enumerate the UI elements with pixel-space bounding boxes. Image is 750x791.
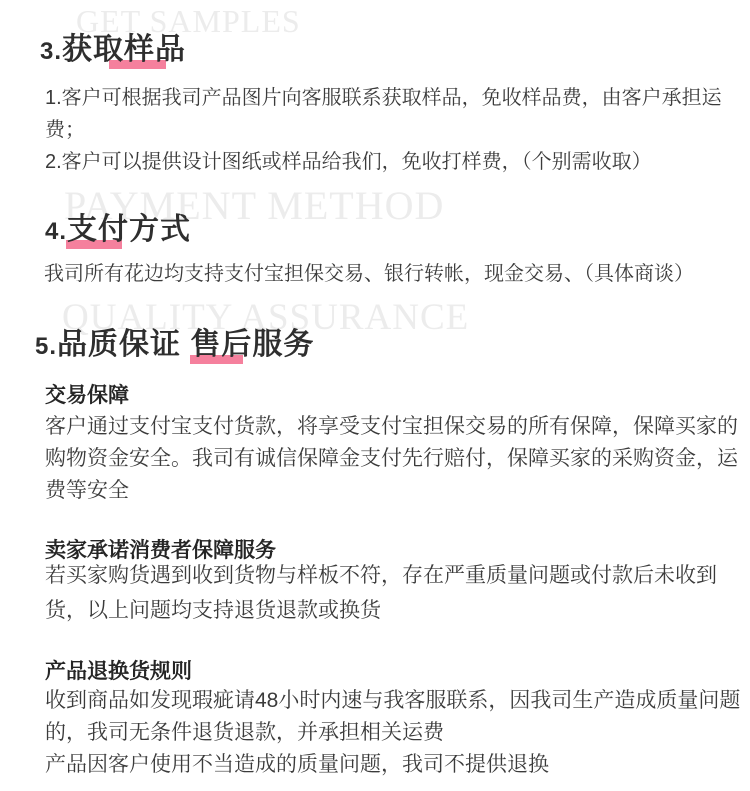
samples-terms-text: 1.客户可根据我司产品图片向客服联系获取样品，免收样品费，由客户承担运费； 2.… [45, 82, 750, 178]
payment-heading-highlight: 支付 [67, 213, 129, 246]
samples-heading: 3.获取样品 [40, 33, 186, 68]
samples-heading-highlight: 样品 [124, 33, 186, 66]
return-policy-heading: 产品退换货规则 [45, 655, 192, 685]
trade-guarantee-heading: 交易保障 [45, 379, 129, 409]
samples-heading-number: 3. [40, 38, 62, 65]
quality-heading-tail: 服务 [252, 328, 314, 361]
quality-heading: 5.品质保证 售后服务 [35, 328, 314, 363]
samples-heading-text: 获取 [62, 33, 124, 66]
payment-heading-tail: 方式 [129, 213, 191, 246]
payment-heading-number: 4. [45, 218, 67, 245]
payment-description-text: 我司所有花边均支持支付宝担保交易、银行转帐，现金交易、（具体商谈） [44, 258, 694, 290]
return-policy-text: 收到商品如发现瑕疵请48小时内速与我客服联系，因我司生产造成质量问题 的，我司无… [45, 685, 740, 781]
trade-guarantee-text: 客户通过支付宝支付货款，将享受支付宝担保交易的所有保障，保障买家的 购物资金安全… [45, 411, 738, 507]
seller-promise-text: 若买家购货遇到收到货物与样板不符，存在严重质量问题或付款后未收到 货，以上问题均… [45, 558, 717, 628]
payment-heading: 4.支付方式 [45, 213, 191, 248]
quality-heading-text: 品质保证 [57, 328, 190, 361]
product-detail-page: GET SAMPLES 3.获取样品 1.客户可根据我司产品图片向客服联系获取样… [0, 0, 750, 791]
quality-heading-number: 5. [35, 333, 57, 360]
quality-heading-highlight: 售后 [190, 328, 252, 361]
